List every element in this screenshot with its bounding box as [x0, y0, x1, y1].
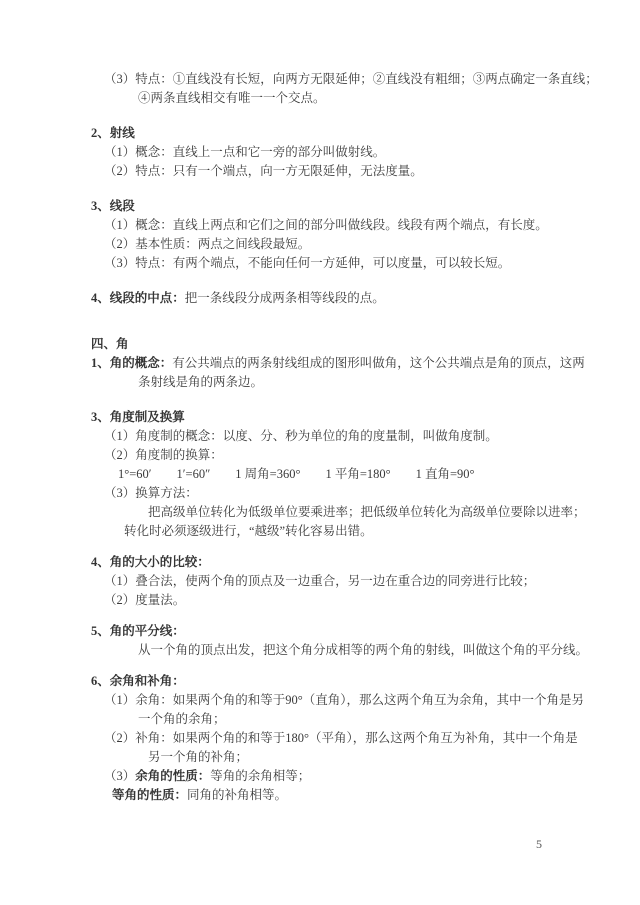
- line-text-segment: （3）换算方法：: [104, 486, 198, 500]
- paragraph-spacer: [91, 273, 591, 289]
- line-pre-segment: （3）: [104, 769, 135, 783]
- line-text-segment: （2）补角：如果两个角的和等于180°（平角），那么这两个角互为补角，其中一个角…: [104, 731, 578, 745]
- text-line: （1）概念：直线上两点和它们之间的部分叫做线段。线段有两个端点，有长度。: [104, 216, 591, 235]
- text-line: （1）概念：直线上一点和它一旁的部分叫做射线。: [104, 143, 591, 162]
- line-text-segment: 把一条线段分成两条相等线段的点。: [185, 291, 385, 305]
- text-line: 2、射线: [91, 124, 591, 143]
- text-line: （3）换算方法：: [104, 484, 591, 503]
- line-text-segment: （3）特点：有两个端点，不能向任何一方延伸，可以度量，可以较长短。: [104, 256, 510, 270]
- paragraph-spacer: [91, 610, 591, 622]
- line-bold-segment: 3、角度制及换算: [91, 410, 185, 424]
- text-line: 从一个角的顶点出发，把这个角分成相等的两个角的射线，叫做这个角的平分线。: [138, 641, 591, 660]
- text-line: 3、角度制及换算: [91, 408, 591, 427]
- line-text-segment: （1）概念：直线上一点和它一旁的部分叫做射线。: [104, 145, 385, 159]
- text-line: 6、余角和补角：: [91, 672, 591, 691]
- paragraph-spacer: [91, 541, 591, 553]
- line-bold-segment: 余角的性质：: [135, 769, 210, 783]
- line-text-segment: 一个角的余角；: [138, 712, 226, 726]
- line-text-segment: ④两条直线相交有唯一一个交点。: [138, 91, 326, 105]
- text-line: （2）补角：如果两个角的和等于180°（平角），那么这两个角互为补角，其中一个角…: [104, 729, 591, 748]
- line-text-segment: （1）概念：直线上两点和它们之间的部分叫做线段。线段有两个端点，有长度。: [104, 218, 548, 232]
- text-line: 条射线是角的两条边。: [138, 373, 591, 392]
- line-text-segment: 从一个角的顶点出发，把这个角分成相等的两个角的射线，叫做这个角的平分线。: [138, 643, 588, 657]
- line-text-segment: 把高级单位转化为低级单位要乘进率；把低级单位转化为高级单位要除以进率；: [148, 505, 586, 519]
- text-line: 3、线段: [91, 197, 591, 216]
- document-page: （3）特点：①直线没有长短，向两方无限延伸；②直线没有粗细；③两点确定一条直线；…: [0, 0, 640, 905]
- paragraph-spacer: [91, 108, 591, 124]
- line-text-segment: 1°=60′ 1′=60″ 1 周角=360° 1 平角=180° 1 直角=9…: [118, 467, 475, 481]
- paragraph-spacer: [91, 660, 591, 672]
- line-text-segment: （1）余角：如果两个角的和等于90°（直角），那么这两个角互为余角，其中一个角是…: [104, 693, 584, 707]
- text-line: 把高级单位转化为低级单位要乘进率；把低级单位转化为高级单位要除以进率；: [148, 503, 591, 522]
- line-bold-segment: 6、余角和补角：: [91, 674, 185, 688]
- line-text-segment: 条射线是角的两条边。: [138, 375, 263, 389]
- line-bold-segment: 2、射线: [91, 126, 135, 140]
- text-line: 四、角: [91, 335, 591, 354]
- text-line: （2）度量法。: [104, 591, 591, 610]
- text-line: 1、角的概念：有公共端点的两条射线组成的图形叫做角，这个公共端点是角的顶点，这两: [91, 354, 591, 373]
- text-line: 5、角的平分线：: [91, 622, 591, 641]
- line-bold-segment: 4、线段的中点：: [91, 291, 185, 305]
- text-line: （1）余角：如果两个角的和等于90°（直角），那么这两个角互为余角，其中一个角是…: [104, 691, 591, 710]
- line-text-segment: （2）度量法。: [104, 593, 185, 607]
- text-line: （3）特点：①直线没有长短，向两方无限延伸；②直线没有粗细；③两点确定一条直线；: [104, 70, 591, 89]
- line-text-segment: （2）基本性质：两点之间线段最短。: [104, 237, 310, 251]
- text-line: （2）基本性质：两点之间线段最短。: [104, 235, 591, 254]
- line-text-segment: 有公共端点的两条射线组成的图形叫做角，这个公共端点是角的顶点，这两: [172, 356, 585, 370]
- text-line: 等角的性质：同角的补角相等。: [112, 786, 591, 805]
- line-text-segment: 同角的补角相等。: [187, 788, 287, 802]
- text-line: 一个角的余角；: [138, 710, 591, 729]
- line-text-segment: （3）特点：①直线没有长短，向两方无限延伸；②直线没有粗细；③两点确定一条直线；: [104, 72, 598, 86]
- text-line: （2）角度制的换算：: [104, 446, 591, 465]
- text-line: 4、线段的中点：把一条线段分成两条相等线段的点。: [91, 289, 591, 308]
- line-text-segment: 等角的余角相等；: [210, 769, 310, 783]
- paragraph-spacer: [91, 181, 591, 197]
- paragraph-spacer: [91, 392, 591, 408]
- page-number: 5: [536, 837, 542, 852]
- line-bold-segment: 3、线段: [91, 199, 135, 213]
- text-line: （3）特点：有两个端点，不能向任何一方延伸，可以度量，可以较长短。: [104, 254, 591, 273]
- line-text-segment: （1）角度制的概念：以度、分、秒为单位的角的度量制，叫做角度制。: [104, 429, 498, 443]
- text-line: （1）叠合法，使两个角的顶点及一边重合，另一边在重合边的同旁进行比较；: [104, 572, 591, 591]
- line-bold-segment: 4、角的大小的比较：: [91, 555, 210, 569]
- text-line: ④两条直线相交有唯一一个交点。: [138, 89, 591, 108]
- line-bold-segment: 四、角: [91, 337, 129, 351]
- text-line: 转化时必须逐级进行，“越级”转化容易出错。: [124, 522, 591, 541]
- line-text-segment: （2）角度制的换算：: [104, 448, 223, 462]
- line-bold-segment: 等角的性质：: [112, 788, 187, 802]
- line-text-segment: （2）特点：只有一个端点，向一方无限延伸，无法度量。: [104, 164, 423, 178]
- line-bold-segment: 5、角的平分线：: [91, 624, 185, 638]
- text-line: 1°=60′ 1′=60″ 1 周角=360° 1 平角=180° 1 直角=9…: [118, 465, 591, 484]
- text-line: 4、角的大小的比较：: [91, 553, 591, 572]
- line-bold-segment: 1、角的概念：: [91, 356, 172, 370]
- text-line: （3）余角的性质：等角的余角相等；: [104, 767, 591, 786]
- document-body: （3）特点：①直线没有长短，向两方无限延伸；②直线没有粗细；③两点确定一条直线；…: [91, 70, 591, 805]
- line-text-segment: 另一个角的补角；: [148, 750, 248, 764]
- paragraph-spacer: [91, 308, 591, 335]
- line-text-segment: 转化时必须逐级进行，“越级”转化容易出错。: [124, 524, 373, 538]
- text-line: （2）特点：只有一个端点，向一方无限延伸，无法度量。: [104, 162, 591, 181]
- text-line: （1）角度制的概念：以度、分、秒为单位的角的度量制，叫做角度制。: [104, 427, 591, 446]
- line-text-segment: （1）叠合法，使两个角的顶点及一边重合，另一边在重合边的同旁进行比较；: [104, 574, 535, 588]
- text-line: 另一个角的补角；: [148, 748, 591, 767]
